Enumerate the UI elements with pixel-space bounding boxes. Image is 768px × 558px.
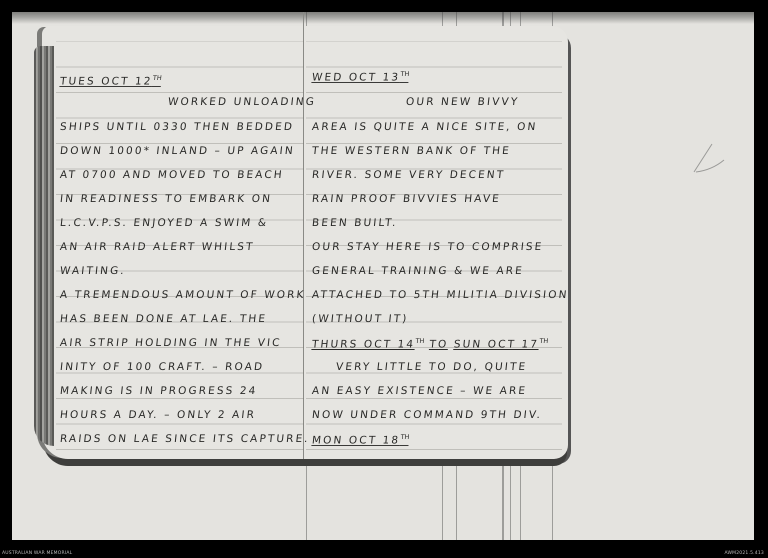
- text-line: an air raid alert whilst: [59, 241, 255, 253]
- footer-accession-number: AWM2021.5.413: [724, 551, 764, 556]
- text-line: hours a day. – Only 2 air: [59, 409, 256, 421]
- text-line: in readiness to embark on: [59, 193, 272, 205]
- text-line: A tremendous amount of work: [59, 289, 306, 301]
- text-line: area is quite a nice site, on: [311, 121, 538, 133]
- text-line: at 0700 and moved to beach: [59, 169, 284, 181]
- pencil-mark: [672, 142, 732, 182]
- text-line: been built.: [311, 217, 398, 229]
- text-line: general training & we are: [311, 265, 524, 277]
- text-line: Our new bivvy: [405, 96, 519, 108]
- text-line: making is in progress 24: [59, 385, 258, 397]
- text-line: (without it): [311, 313, 409, 325]
- text-line: river. Some very decent: [311, 169, 505, 181]
- notebook-binding: [34, 46, 54, 446]
- text-line: raids on Lae since its capture.: [59, 433, 310, 445]
- entry-heading: Tues Oct 12TH: [59, 74, 162, 88]
- text-line: Very little to do, quite: [335, 361, 527, 373]
- text-line: air strip holding in the vic: [59, 337, 282, 349]
- text-line: L.C.V.P.s. Enjoyed a swim &: [59, 217, 268, 229]
- left-page: Tues Oct 12TH Worked unloading ships unt…: [56, 26, 304, 459]
- text-line: has been done at Lae. The: [59, 313, 267, 325]
- text-line: Our stay here is to comprise: [311, 241, 544, 253]
- text-line: Worked unloading: [167, 96, 316, 108]
- diary-notebook: Tues Oct 12TH Worked unloading ships unt…: [42, 26, 568, 459]
- entry-heading: Wed Oct 13th: [311, 70, 409, 84]
- text-line: waiting.: [59, 265, 126, 277]
- footer-credit: AUSTRALIAN WAR MEMORIAL: [2, 551, 72, 556]
- text-line: inity of 100 craft. – Road: [59, 361, 264, 373]
- text-line: now under command 9th Div.: [311, 409, 542, 421]
- text-line: rain proof bivvies have: [311, 193, 501, 205]
- scanned-document: Tues Oct 12TH Worked unloading ships unt…: [12, 12, 754, 540]
- entry-heading-range: Thurs Oct 14th to Sun Oct 17th: [311, 337, 548, 351]
- text-line: down 1000* inland – up again: [59, 145, 295, 157]
- text-line: the western bank of the: [311, 145, 511, 157]
- right-page: Wed Oct 13th Our new bivvy area is quite…: [306, 26, 562, 459]
- text-line: an easy existence – we are: [311, 385, 527, 397]
- text-line: ships until 0330 then bedded: [59, 121, 294, 133]
- text-line: attached to 5th Militia Division: [311, 289, 569, 301]
- entry-heading: Mon Oct 18th: [311, 433, 410, 447]
